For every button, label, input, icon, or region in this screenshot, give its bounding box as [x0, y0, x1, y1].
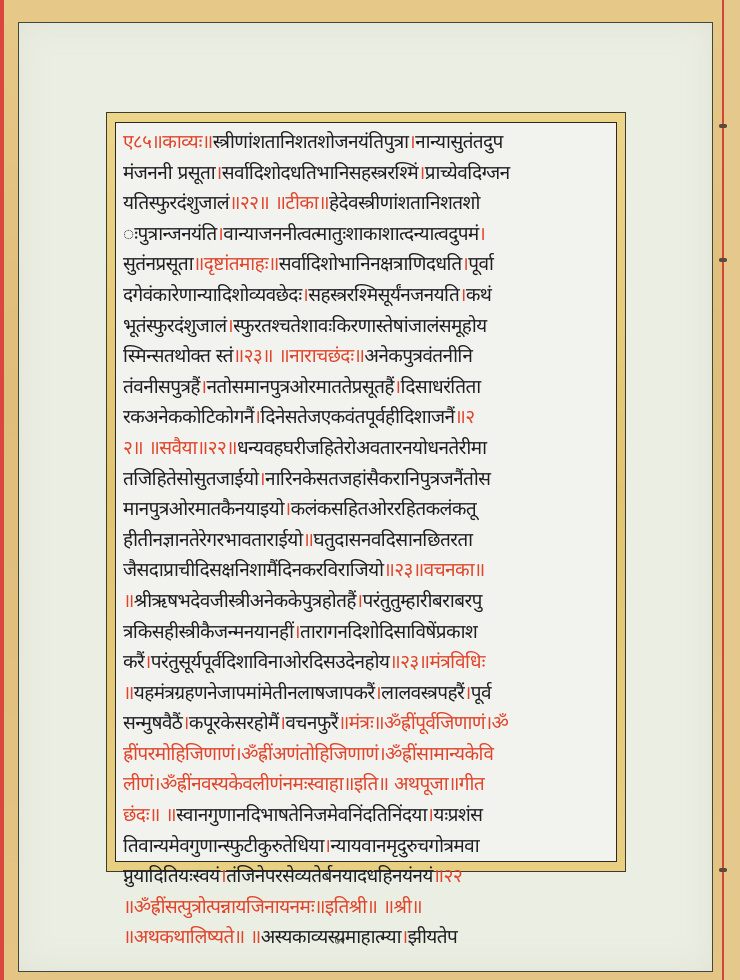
- manuscript-line: दगेवंकारेणान्यादिशोव्यवछेदः।सहस्त्ररश्मि…: [123, 280, 610, 311]
- body-text: वान्याजननीत्वत्मातुःशाकाशात्दन्यात्वदुपम…: [223, 223, 478, 245]
- rubric-text: ॥२३॥मंत्रविधिः: [389, 651, 485, 673]
- show-through-text: [128, 819, 428, 859]
- manuscript-line: हीतीनज्ञानतेरेगरभावताराईयो॥घतुदासनवदिसान…: [123, 525, 610, 556]
- rubric-text: ॥ॐह्रींसत्पुत्रोत्पन्नायजिनायनमः॥इतिश्री…: [123, 896, 422, 918]
- body-text: नतोसमानपुत्रओरमाततेप्रसूतहैं: [206, 376, 393, 398]
- body-text: कपूरकेसरहोमैं: [189, 712, 279, 734]
- body-text: त्रकिसहीस्त्रीकैजन्मनयानहीं: [123, 621, 293, 643]
- body-text: हेदेवस्त्रीणांशतानिशतशो: [329, 192, 480, 214]
- body-text: पूर्वा: [468, 253, 493, 275]
- rubric-text: ॥२२॥ ॥टीका॥: [229, 192, 329, 214]
- manuscript-line: २॥ ॥सवैया॥२२॥धन्यवहघरीजहितेरोअवतारनयोधनत…: [123, 433, 610, 464]
- rubric-text: लीणं।ॐह्रींनवस्यकेवलीणंनमःस्वाहा॥इति॥ अथ…: [123, 773, 484, 795]
- body-text: परंतुसूर्यपूर्वदिशाविनाओरदिसउदेनहोय: [151, 651, 390, 673]
- body-text: तंवनीसपुत्रहैं: [123, 376, 200, 398]
- body-text: नारिनकेसतजहांसैकरानिपुत्रजनैंतोस: [265, 468, 490, 490]
- body-text: करैं: [123, 651, 144, 673]
- text-block: ए८५॥काव्यः॥स्त्रीणांशतानिशतशोजनयंतिपुत्र…: [115, 122, 617, 862]
- rubric-text: ।: [459, 284, 466, 306]
- manuscript-line: लीणं।ॐह्रींनवस्यकेवलीणंनमःस्वाहा॥इति॥ अथ…: [123, 769, 610, 800]
- manuscript-line: तजिहितेसोसुतजाईयो।नारिनकेसतजहांसैकरानिपु…: [123, 464, 610, 495]
- body-text: स्फुरतश्चतेशावःकिरणास्तेषांजालंसमूहोय: [233, 315, 486, 337]
- left-red-edge: [0, 0, 4, 980]
- manuscript-line: स्मिन्सतथोक्त स्तं॥२३॥ ॥नाराचछंदः॥अनेकपु…: [123, 341, 610, 372]
- body-text: दिनेसतेजएकवंतपूर्वहीदिशाजनैं: [260, 406, 454, 428]
- rubric-text: ।: [144, 651, 151, 673]
- manuscript-line: मानपुत्रओरमातकैनयाइयो।कलंकसहितओररहितकलंक…: [123, 494, 610, 525]
- manuscript-line: तंवनीसपुत्रहैं।नतोसमानपुत्रओरमाततेप्रसूत…: [123, 372, 610, 403]
- rubric-text: ।: [401, 926, 408, 948]
- rubric-text: ॥२२: [433, 865, 462, 887]
- rubric-text: ।: [418, 162, 425, 184]
- rubric-text: ।: [464, 682, 471, 704]
- body-text: स्मिन्सतथोक्त स्तं: [123, 345, 233, 367]
- body-text: धन्यवहघरीजहितेरोअवतारनयोधनतेरीमा: [237, 437, 486, 459]
- body-text: जैसदाप्राचीदिसक्षनिशामैंदिनकरविराजियो: [123, 559, 383, 581]
- body-text: घतुदासनवदिसानछितरता: [313, 529, 472, 551]
- body-text: रकअनेककोटिकोगनैं: [123, 406, 254, 428]
- body-text: यतिस्फुरदंशुजालं: [123, 192, 229, 214]
- body-text: यःप्रशंस: [433, 804, 482, 826]
- manuscript-line: यतिस्फुरदंशुजालं॥२२॥ ॥टीका॥हेदेवस्त्रीणा…: [123, 188, 610, 219]
- body-text: लालवस्त्रपहरैं: [381, 682, 464, 704]
- manuscript-line: त्रकिसहीस्त्रीकैजन्मनयानहीं।तारागनदिशोदि…: [123, 617, 610, 648]
- body-text: मंजननी प्रसूता: [123, 162, 215, 184]
- body-text: श्रीऋषभदेवजीस्त्रीअनेककेपुत्रहोतहैं: [134, 590, 356, 612]
- rubric-text: ।: [284, 498, 291, 520]
- manuscript-line: ह्रींपरमोहिजिणाणं।ॐह्रींअणंतोहिजिणाणं।ॐह…: [123, 739, 610, 770]
- manuscript-line: जैसदाप्राचीदिसक्षनिशामैंदिनकरविराजियो॥२३…: [123, 555, 610, 586]
- body-text: पूर्व: [471, 682, 491, 704]
- rubric-text: ॥मंत्रः॥ॐह्रींपूर्वजिणाणं।ॐ: [338, 712, 508, 734]
- manuscript-line: ःपुत्रान्जनयंति।वान्याजननीत्वत्मातुःशाका…: [123, 219, 610, 250]
- page-number: ७२: [320, 933, 360, 947]
- body-text: यहमंत्रग्रहणनेजापमांमेतीनलाषजापकरैं: [134, 682, 375, 704]
- body-text: प्नुयादितियःस्वयं: [123, 865, 220, 887]
- body-text: झीयतेप: [408, 926, 458, 948]
- body-text: स्त्रीणांशतानिशतशोजनयंतिपुत्रा: [213, 131, 409, 153]
- body-text: ःपुत्रान्जनयंति: [123, 223, 217, 245]
- body-text: परंतुतुम्हारीबराबरपु: [362, 590, 481, 612]
- rubric-text: ॥२३॥वचनका॥: [383, 559, 484, 581]
- body-text: भूतंस्फुरदंशुजालं: [123, 315, 227, 337]
- body-text: अनेकपुत्रवंतनीनि: [364, 345, 472, 367]
- rubric-text: ।: [479, 223, 486, 245]
- rubric-text: ।: [182, 712, 189, 734]
- rubric-text: ॥२३॥ ॥नाराचछंदः॥: [233, 345, 365, 367]
- rubric-text: ॥अथकथालिष्यते॥ ॥: [123, 926, 261, 948]
- binding-stitch: [719, 868, 727, 872]
- manuscript-line: ॥श्रीऋषभदेवजीस्त्रीअनेककेपुत्रहोतहैं।परं…: [123, 586, 610, 617]
- manuscript-line: सन्मुषवैठैं।कपूरकेसरहोमैं।वचनफुरैं॥मंत्र…: [123, 708, 610, 739]
- manuscript-line: ॥अथकथालिष्यते॥ ॥अस्यकाव्यस्यमाहात्म्या।झ…: [123, 922, 610, 953]
- manuscript-line: रकअनेककोटिकोगनैं।दिनेसतेजएकवंतपूर्वहीदिश…: [123, 402, 610, 433]
- manuscript-line: ए८५॥काव्यः॥स्त्रीणांशतानिशतशोजनयंतिपुत्र…: [123, 127, 610, 158]
- manuscript-line: प्नुयादितियःस्वयं।तंजिनेपरसेव्यतेर्बनयाद…: [123, 861, 610, 892]
- body-text: प्राच्येवदिग्जन: [425, 162, 510, 184]
- binding-strip: [724, 0, 740, 980]
- rubric-text: ॥: [123, 590, 134, 612]
- body-text: सर्वादिशोदधतिभानिसहस्त्ररश्मिं: [222, 162, 418, 184]
- manuscript-line: ॥ॐह्रींसत्पुत्रोत्पन्नायजिनायनमः॥इतिश्री…: [123, 892, 610, 923]
- rubric-text: ।: [215, 162, 222, 184]
- rubric-text: २॥ ॥सवैया॥२२॥: [123, 437, 237, 459]
- body-text: तजिहितेसोसुतजाईयो: [123, 468, 258, 490]
- rubric-text: ए८५॥काव्यः॥: [123, 131, 213, 153]
- manuscript-line: मंजननी प्रसूता।सर्वादिशोदधतिभानिसहस्त्रर…: [123, 158, 610, 189]
- gold-border-frame: ए८५॥काव्यः॥स्त्रीणांशतानिशतशोजनयंतिपुत्र…: [106, 112, 626, 872]
- binding-stitch: [719, 258, 727, 262]
- body-text: वचनफुरैं: [285, 712, 338, 734]
- body-text: सुतंनप्रसूता: [123, 253, 193, 275]
- rubric-text: ॥२: [455, 406, 475, 428]
- body-text: तारागनदिशोदिसाविषेंप्रकाश: [300, 621, 477, 643]
- body-text: हीतीनज्ञानतेरेगरभावताराईयो: [123, 529, 303, 551]
- body-text: सर्वादिशोभानिनक्षत्राणिदधति: [279, 253, 462, 275]
- body-text: कलंकसहितओररहितकलंकतू: [291, 498, 476, 520]
- body-text: नान्यासुतंतदुप: [415, 131, 503, 153]
- rubric-text: ॥दृष्टांतमाहः॥: [193, 253, 279, 275]
- body-text: सहस्त्ररश्मिसूर्यंनजनयति: [308, 284, 459, 306]
- body-text: दगेवंकारेणान्यादिशोव्यवछेदः: [123, 284, 302, 306]
- manuscript-line: भूतंस्फुरदंशुजालं।स्फुरतश्चतेशावःकिरणास्…: [123, 311, 610, 342]
- manuscript-line: करैं।परंतुसूर्यपूर्वदिशाविनाओरदिसउदेनहोय…: [123, 647, 610, 678]
- body-text: दिसाधरंतिता: [400, 376, 480, 398]
- binding-stitch: [719, 124, 727, 128]
- body-text: कथं: [466, 284, 492, 306]
- manuscript-line: ॥यहमंत्रग्रहणनेजापमांमेतीनलाषजापकरैं।लाल…: [123, 678, 610, 709]
- body-text: मानपुत्रओरमातकैनयाइयो: [123, 498, 284, 520]
- rubric-text: ॥: [123, 682, 134, 704]
- rubric-text: ह्रींपरमोहिजिणाणं।ॐह्रींअणंतोहिजिणाणं।ॐह…: [123, 743, 493, 765]
- rubric-text: ॥: [303, 529, 314, 551]
- body-text: सन्मुषवैठैं: [123, 712, 182, 734]
- manuscript-line: सुतंनप्रसूता॥दृष्टांतमाहः॥सर्वादिशोभानिन…: [123, 249, 610, 280]
- body-text: तंजिनेपरसेव्यतेर्बनयादधहिनयंनयं: [226, 865, 433, 887]
